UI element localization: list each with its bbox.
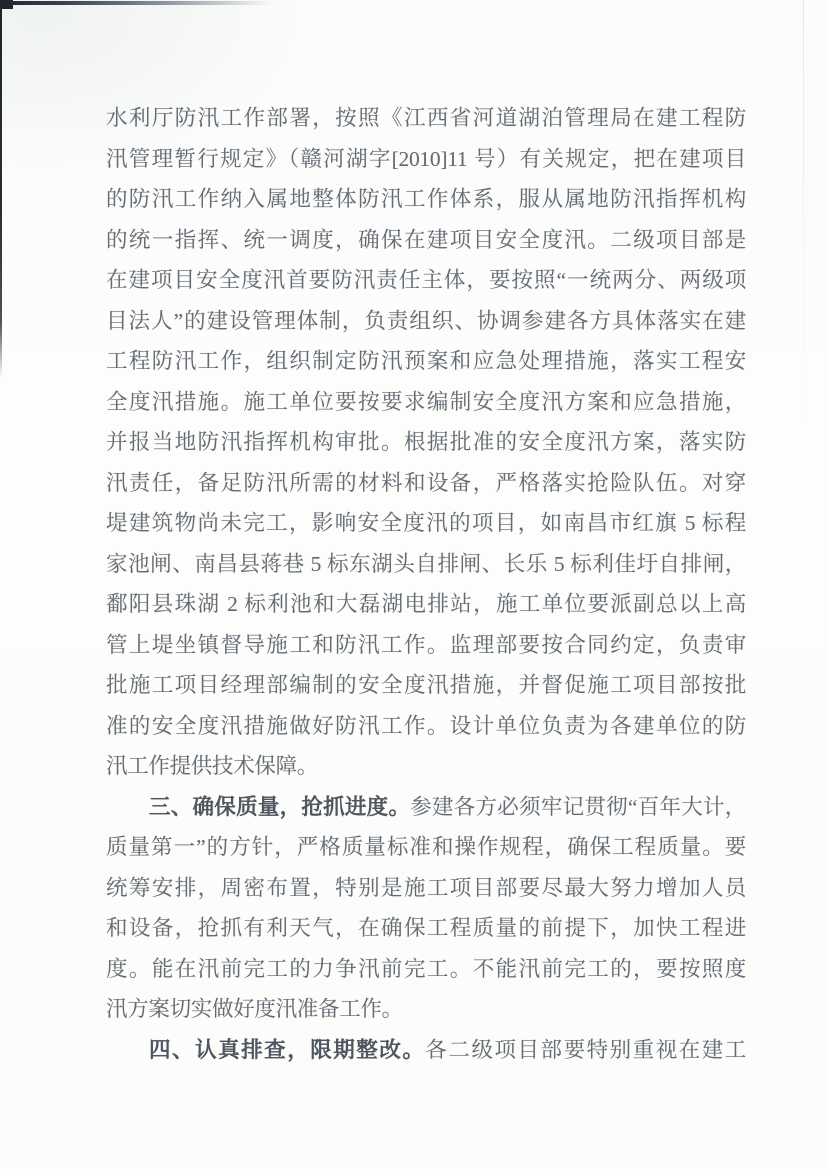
scan-artifact-left-edge-line bbox=[0, 0, 2, 378]
line-text: 全度汛措施。施工单位要按要求编制安全度汛方案和应急措施， bbox=[106, 390, 746, 414]
line-text: 准的安全度汛措施做好防汛工作。设计单位负责为各建单位的防 bbox=[106, 714, 746, 738]
line-text: 汛管理暂行规定》（赣河湖字[2010]11 号）有关规定，把在建项目 bbox=[106, 147, 746, 171]
text-line: 汛方案切实做好度汛准备工作。 bbox=[106, 989, 746, 1030]
text-line: 汛管理暂行规定》（赣河湖字[2010]11 号）有关规定，把在建项目 bbox=[106, 139, 746, 180]
line-text: 并报当地防汛指挥机构审批。根据批准的安全度汛方案，落实防 bbox=[106, 430, 746, 454]
text-line: 全度汛措施。施工单位要按要求编制安全度汛方案和应急措施， bbox=[106, 382, 746, 423]
section-heading: 四、认真排查，限期整改。 bbox=[149, 1038, 425, 1062]
line-text: 目法人”的建设管理体制，负责组织、协调参建各方具体落实在建 bbox=[106, 309, 746, 333]
line-text: 堤建筑物尚未完工，影响安全度汛的项目，如南昌市红旗 5 标程 bbox=[106, 511, 746, 535]
text-line: 工程防汛工作，组织制定防汛预案和应急处理措施，落实工程安 bbox=[106, 341, 746, 382]
scanned-page: 水利厅防汛工作部署，按照《江西省河道湖泊管理局在建工程防汛管理暂行规定》（赣河湖… bbox=[0, 0, 828, 1169]
text-line: 鄱阳县珠湖 2 标利池和大磊湖电排站，施工单位要派副总以上高 bbox=[106, 584, 746, 625]
line-text: 工程防汛工作，组织制定防汛预案和应急处理措施，落实工程安 bbox=[106, 349, 746, 373]
line-text: 的统一指挥、统一调度，确保在建项目安全度汛。二级项目部是 bbox=[106, 228, 746, 252]
text-line: 度。能在汛前完工的力争汛前完工。不能汛前完工的，要按照度 bbox=[106, 949, 746, 990]
text-line: 统筹安排，周密布置，特别是施工项目部要尽最大努力增加人员 bbox=[106, 868, 746, 909]
text-line: 批施工项目经理部编制的安全度汛措施，并督促施工项目部按批 bbox=[106, 665, 746, 706]
text-line: 家池闸、南昌县蒋巷 5 标东湖头自排闸、长乐 5 标利佳圩自排闸， bbox=[106, 544, 746, 585]
line-text: 汛责任，备足防汛所需的材料和设备，严格落实抢险队伍。对穿 bbox=[106, 471, 746, 495]
line-text: 在建项目安全度汛首要防汛责任主体，要按照“一统两分、两级项 bbox=[106, 268, 746, 292]
text-line: 汛工作提供技术保障。 bbox=[106, 746, 746, 787]
document-body: 水利厅防汛工作部署，按照《江西省河道湖泊管理局在建工程防汛管理暂行规定》（赣河湖… bbox=[106, 98, 746, 1070]
text-line: 水利厅防汛工作部署，按照《江西省河道湖泊管理局在建工程防 bbox=[106, 98, 746, 139]
line-text: 质量第一”的方针，严格质量标准和操作规程，确保工程质量。要 bbox=[106, 835, 746, 859]
text-line: 准的安全度汛措施做好防汛工作。设计单位负责为各建单位的防 bbox=[106, 706, 746, 747]
text-line: 目法人”的建设管理体制，负责组织、协调参建各方具体落实在建 bbox=[106, 301, 746, 342]
scan-artifact-right-edge-shade bbox=[803, 0, 804, 420]
line-text: 批施工项目经理部编制的安全度汛措施，并督促施工项目部按批 bbox=[106, 673, 746, 697]
line-text: 管上堤坐镇督导施工和防汛工作。监理部要按合同约定，负责审 bbox=[106, 633, 746, 657]
text-line: 在建项目安全度汛首要防汛责任主体，要按照“一统两分、两级项 bbox=[106, 260, 746, 301]
line-text: 参建各方必须牢记贯彻“百年大计， bbox=[410, 795, 746, 819]
text-line: 管上堤坐镇督导施工和防汛工作。监理部要按合同约定，负责审 bbox=[106, 625, 746, 666]
text-line: 的统一指挥、统一调度，确保在建项目安全度汛。二级项目部是 bbox=[106, 220, 746, 261]
scan-artifact-top-edge-line bbox=[10, 1, 272, 5]
line-text: 和设备，抢抓有利天气，在确保工程质量的前提下，加快工程进 bbox=[106, 916, 746, 940]
line-text: 度。能在汛前完工的力争汛前完工。不能汛前完工的，要按照度 bbox=[106, 957, 746, 981]
text-line: 的防汛工作纳入属地整体防汛工作体系，服从属地防汛指挥机构 bbox=[106, 179, 746, 220]
line-text: 汛工作提供技术保障。 bbox=[106, 754, 318, 778]
line-text: 统筹安排，周密布置，特别是施工项目部要尽最大努力增加人员 bbox=[106, 876, 746, 900]
section-heading: 三、确保质量，抢抓进度。 bbox=[149, 795, 410, 819]
line-text: 鄱阳县珠湖 2 标利池和大磊湖电排站，施工单位要派副总以上高 bbox=[106, 592, 746, 616]
text-line: 三、确保质量，抢抓进度。参建各方必须牢记贯彻“百年大计， bbox=[106, 787, 746, 828]
text-line: 和设备，抢抓有利天气，在确保工程质量的前提下，加快工程进 bbox=[106, 908, 746, 949]
text-line: 四、认真排查，限期整改。各二级项目部要特别重视在建工 bbox=[106, 1030, 746, 1071]
text-line: 汛责任，备足防汛所需的材料和设备，严格落实抢险队伍。对穿 bbox=[106, 463, 746, 504]
line-text: 的防汛工作纳入属地整体防汛工作体系，服从属地防汛指挥机构 bbox=[106, 187, 746, 211]
line-text: 水利厅防汛工作部署，按照《江西省河道湖泊管理局在建工程防 bbox=[106, 106, 746, 130]
text-line: 堤建筑物尚未完工，影响安全度汛的项目，如南昌市红旗 5 标程 bbox=[106, 503, 746, 544]
line-text: 家池闸、南昌县蒋巷 5 标东湖头自排闸、长乐 5 标利佳圩自排闸， bbox=[106, 552, 746, 576]
line-text: 各二级项目部要特别重视在建工 bbox=[425, 1038, 746, 1062]
line-text: 汛方案切实做好度汛准备工作。 bbox=[106, 997, 403, 1021]
text-line: 质量第一”的方针，严格质量标准和操作规程，确保工程质量。要 bbox=[106, 827, 746, 868]
text-line: 并报当地防汛指挥机构审批。根据批准的安全度汛方案，落实防 bbox=[106, 422, 746, 463]
